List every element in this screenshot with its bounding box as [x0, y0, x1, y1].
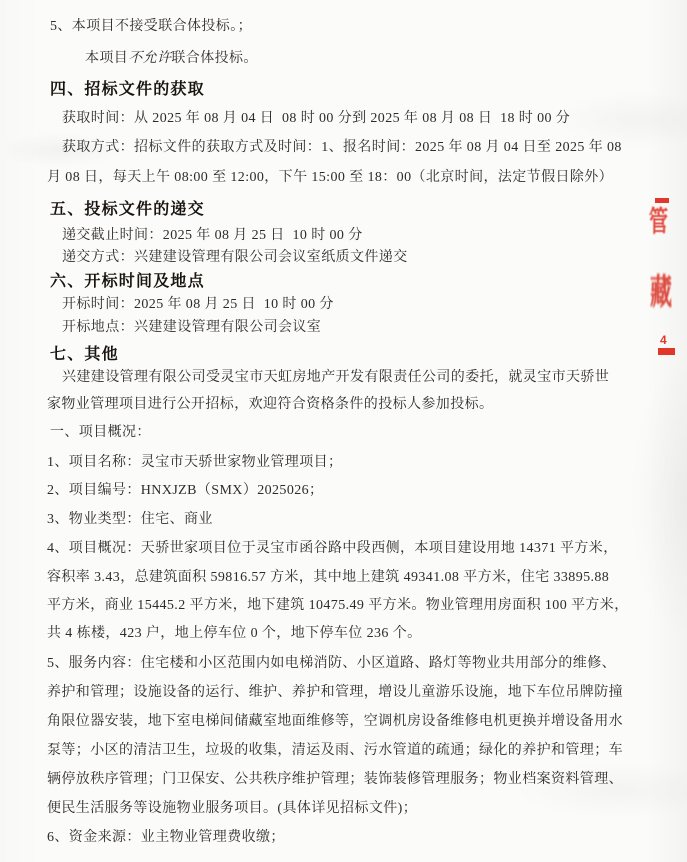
bid-opening-place: 开标地点：兴建建设管理有限公司会议室 [62, 316, 321, 336]
seal-stroke-icon [655, 198, 669, 203]
project-overview-heading: 一、项目概况： [50, 421, 151, 441]
acquisition-method-continued: 月 08 日，每天上午 08:00 至 12:00，下午 15:00 至 18：… [47, 166, 613, 186]
red-seal-fragment-top: 管 [648, 190, 672, 242]
heading-section-6-bid-opening: 六、开标时间及地点 [50, 268, 205, 291]
project-overview-line-2: 容积率 3.43，总建筑面积 59816.57 方米，其中地上建筑 49341.… [47, 566, 609, 586]
entrust-intro-line-2: 家物业管理项目进行公开招标，欢迎符合资格条件的投标人参加投标。 [47, 393, 493, 413]
heading-section-5-bid-submission: 五、投标文件的递交 [50, 196, 205, 219]
acquisition-time: 获取时间：从 2025 年 08 月 04 日 08 时 00 分到 2025 … [62, 107, 570, 127]
bid-opening-time: 开标时间：2025 年 08 月 25 日 10 时 00 分 [62, 293, 334, 313]
submission-method: 递交方式：兴建建设管理有限公司会议室纸质文件递交 [62, 246, 408, 266]
clause-joint-bid-note: 本项目不允许联合体投标。 [85, 47, 258, 67]
scanned-tender-document-page: 5、本项目不接受联合体投标。； 本项目不允许联合体投标。 四、招标文件的获取 获… [0, 0, 687, 862]
heading-section-7-others: 七、其他 [50, 341, 119, 364]
submission-deadline: 递交截止时间：2025 年 08 月 25 日 10 时 00 分 [62, 224, 363, 244]
acquisition-method: 获取方式：招标文件的获取方式及时间：1、报名时间：2025 年 08 月 04 … [62, 136, 622, 156]
project-overview-line-4: 共 4 栋楼，423 户，地上停车位 0 个，地下停车位 236 个。 [47, 622, 422, 642]
service-content-line-4: 泵等；小区的清洁卫生，垃圾的收集，清运及雨、污水管道的疏通；绿化的养护和管理；车 [47, 739, 623, 759]
project-overview-line-1: 4、项目概况：天骄世家项目位于灵宝市函谷路中段西侧，本项目建设用地 14371 … [47, 537, 618, 557]
service-content-line-3: 角限位器安装，地下室电梯间储藏室地面维修等，空调机房设备维修电机更换并增设备用水 [47, 710, 623, 730]
project-name: 1、项目名称：灵宝市天骄世家物业管理项目； [47, 451, 342, 471]
heading-section-4-document-acquisition: 四、招标文件的获取 [50, 76, 205, 99]
service-content-line-5: 辆停放秩序管理；门卫保安、公共秩序维护管理；装饰装修管理服务；物业档案资料管理、 [47, 768, 623, 788]
project-overview-line-3: 平方米，商业 15445.2 平方米，地下建筑 10475.49 平方米。物业管… [47, 594, 629, 614]
clause-joint-bid: 5、本项目不接受联合体投标。； [50, 15, 252, 35]
note-suffix: 联合体投标。 [171, 51, 257, 66]
page-mark-number: 4 [660, 333, 667, 347]
project-number: 2、项目编号：HNXJZB（SMX）2025026； [47, 479, 323, 499]
entrust-intro-line-1: 兴建建设管理有限公司受灵宝市天虹房地产开发有限责任公司的委托，就灵宝市天骄世 [62, 366, 609, 386]
funding-source: 6、资金来源：业主物业管理费收缴； [47, 826, 285, 846]
service-content-line-6: 便民生活服务等设施物业服务项目。(具体详见招标文件)； [47, 797, 417, 817]
red-page-mark: 4 [655, 333, 683, 361]
seal-character-icon: 藏 [650, 271, 672, 315]
note-emphasis: 不允许 [128, 51, 171, 66]
service-content-line-1: 5、服务内容：住宅楼和小区范围内如电梯消防、小区道路、路灯等物业共用部分的维修、 [47, 652, 616, 672]
service-content-line-2: 养护和管理；设施设备的运行、维护、养护和管理，增设儿童游乐设施，地下车位吊牌防撞 [47, 681, 623, 701]
seal-character-icon: 管 [649, 199, 668, 240]
page-mark-bar-icon [658, 348, 675, 355]
red-seal-fragment-middle: 藏 [650, 271, 674, 317]
note-prefix: 本项目 [85, 51, 128, 66]
property-type: 3、物业类型：住宅、商业 [47, 508, 213, 528]
